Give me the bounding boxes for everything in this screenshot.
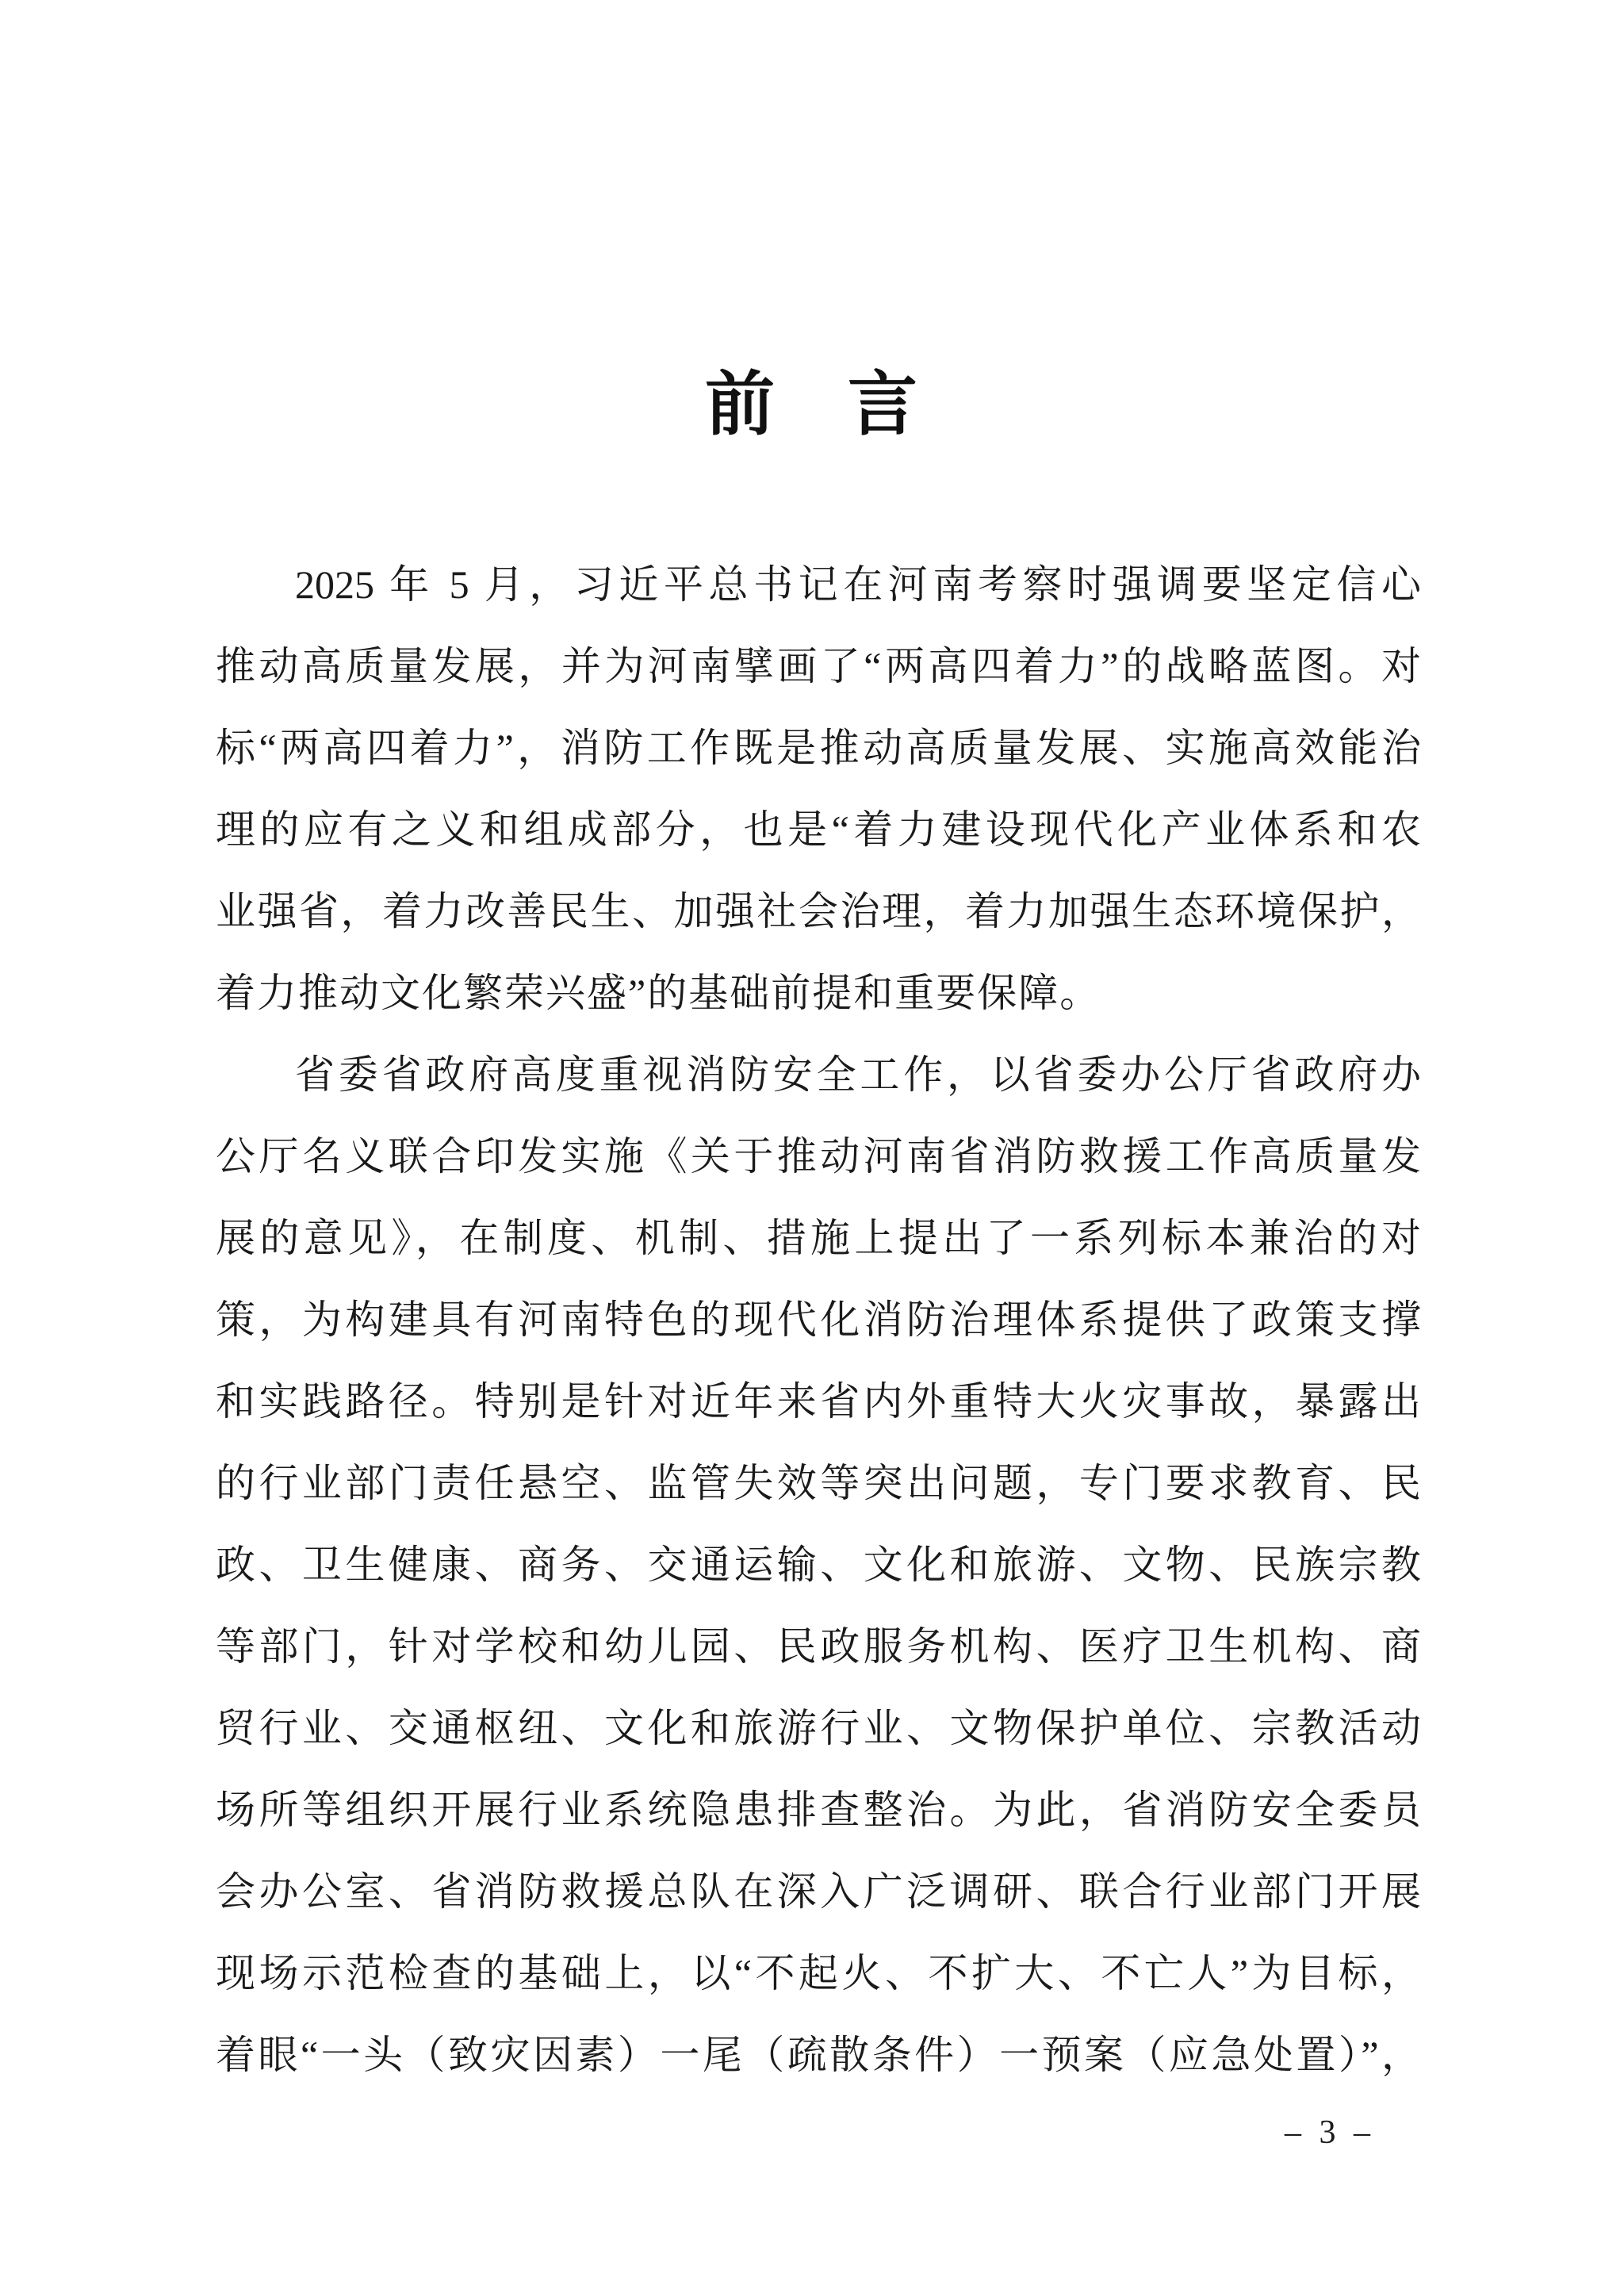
preface-body: 2025 年 5 月，习近平总书记在河南考察时强调要坚定信心推动高质量发展，并为… bbox=[216, 544, 1421, 2096]
text-line: 政、卫生健康、商务、交通运输、文化和旅游、文物、民族宗教 bbox=[216, 1524, 1421, 1606]
text-line: 会办公室、省消防救援总队在深入广泛调研、联合行业部门开展 bbox=[216, 1851, 1421, 1933]
text-line: 2025 年 5 月，习近平总书记在河南考察时强调要坚定信心 bbox=[216, 544, 1421, 626]
text-line: 理的应有之义和组成部分，也是“着力建设现代化产业体系和农 bbox=[216, 789, 1421, 871]
page-number: – 3 – bbox=[1285, 2114, 1375, 2152]
text-line: 省委省政府高度重视消防安全工作，以省委办公厅省政府办 bbox=[216, 1034, 1421, 1116]
text-line: 策，为构建具有河南特色的现代化消防治理体系提供了政策支撑 bbox=[216, 1279, 1421, 1361]
text-line: 和实践路径。特别是针对近年来省内外重特大火灾事故，暴露出 bbox=[216, 1361, 1421, 1443]
text-line: 公厅名义联合印发实施《关于推动河南省消防救援工作高质量发 bbox=[216, 1116, 1421, 1198]
text-line: 贸行业、交通枢纽、文化和旅游行业、文物保护单位、宗教活动 bbox=[216, 1688, 1421, 1769]
text-line: 推动高质量发展，并为河南擘画了“两高四着力”的战略蓝图。对 bbox=[216, 626, 1421, 707]
text-line: 展的意见》，在制度、机制、措施上提出了一系列标本兼治的对 bbox=[216, 1198, 1421, 1279]
document-page: 前 言 2025 年 5 月，习近平总书记在河南考察时强调要坚定信心推动高质量发… bbox=[0, 0, 1624, 2296]
paragraph-2: 省委省政府高度重视消防安全工作，以省委办公厅省政府办公厅名义联合印发实施《关于推… bbox=[216, 1034, 1421, 2096]
text-line: 的行业部门责任悬空、监管失效等突出问题，专门要求教育、民 bbox=[216, 1443, 1421, 1524]
paragraph-1: 2025 年 5 月，习近平总书记在河南考察时强调要坚定信心推动高质量发展，并为… bbox=[216, 544, 1421, 1034]
text-line: 标“两高四着力”，消防工作既是推动高质量发展、实施高效能治 bbox=[216, 707, 1421, 789]
text-line: 场所等组织开展行业系统隐患排查整治。为此，省消防安全委员 bbox=[216, 1769, 1421, 1851]
text-line: 等部门，针对学校和幼儿园、民政服务机构、医疗卫生机构、商 bbox=[216, 1606, 1421, 1688]
text-line: 着眼“一头（致灾因素）一尾（疏散条件）一预案（应急处置）”， bbox=[216, 2014, 1421, 2096]
text-line: 现场示范检查的基础上，以“不起火、不扩大、不亡人”为目标， bbox=[216, 1933, 1421, 2014]
text-line: 着力推动文化繁荣兴盛”的基础前提和重要保障。 bbox=[216, 953, 1421, 1034]
text-line: 业强省，着力改善民生、加强社会治理，着力加强生态环境保护， bbox=[216, 871, 1421, 953]
page-title: 前 言 bbox=[0, 366, 1624, 446]
